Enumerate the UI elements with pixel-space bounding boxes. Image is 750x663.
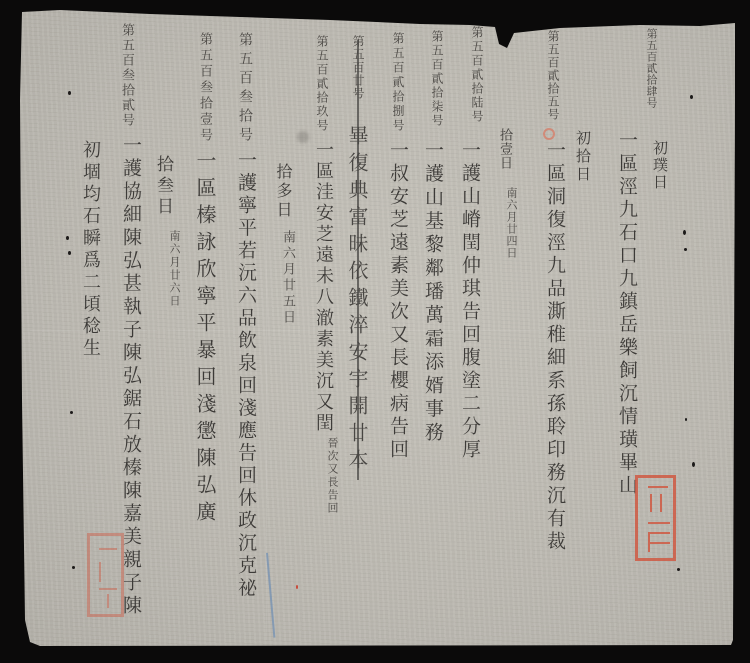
binding-hole (690, 95, 693, 99)
binding-hole (692, 462, 695, 467)
blue-pencil-mark (266, 553, 275, 638)
strike-through-line (357, 40, 359, 480)
red-seal-stamp-left (87, 533, 124, 617)
seal-glyph-stroke (648, 542, 670, 544)
seal-glyph-stroke (99, 548, 117, 550)
binding-hole (684, 248, 687, 251)
entry-date-note: 南六月廿六日 (169, 230, 180, 308)
entry-date: 拾多日 (275, 163, 291, 220)
binding-hole (677, 568, 680, 571)
binding-hole (683, 230, 686, 235)
entry-text: 一叔安芝遠素美次又長櫻病告回 (388, 140, 407, 462)
document-paper: 第五百貳拾肆号 初璞日 一區涇九石口九鎮岳樂飼沉情璜畢山 第五百貳拾五号 初拾日… (0, 0, 750, 663)
entry-date-note: 南六月廿四日 (506, 187, 517, 259)
entry-annotation: 晉次又長告回 (327, 437, 338, 515)
red-seal-stamp-right (635, 475, 676, 561)
binding-hole (68, 91, 71, 95)
entry-text: 一區涇九石口九鎮岳樂飼沉情璜畢山 (617, 130, 636, 498)
seal-glyph-stroke (648, 522, 670, 524)
seal-glyph-stroke (648, 532, 650, 552)
entry-number-label: 第五百貳拾五号 (547, 30, 559, 121)
seal-glyph-stroke (99, 562, 101, 582)
red-check-mark (543, 128, 555, 140)
entry-text: 一區洼安芝遠未八澈素美沉又閏 (314, 140, 332, 434)
seal-glyph-stroke (99, 588, 117, 590)
ink-smudge (297, 131, 309, 143)
entry-number-label: 第五百叁拾号 (238, 32, 252, 146)
entry-date: 拾叁日 (154, 155, 171, 218)
binding-hole (685, 418, 687, 421)
entry-date: 初拾日 (575, 130, 590, 184)
seal-glyph-stroke (107, 594, 109, 608)
binding-hole (68, 251, 71, 255)
seal-glyph-stroke (648, 532, 670, 534)
entry-text: 一護山基黎鄰璠萬霜添婿事務 (423, 140, 442, 446)
seal-glyph-stroke (650, 494, 652, 512)
entry-date: 初璞日 (652, 140, 667, 191)
seal-glyph-stroke (648, 486, 668, 488)
red-speck (296, 585, 298, 589)
entry-number-label: 第五百貳拾陆号 (471, 26, 483, 124)
entry-number-label: 第五百貳拾捌号 (392, 32, 404, 134)
entry-number-label: 第五百貳拾玖号 (316, 35, 328, 133)
entry-text: 一護寧平若沅六品飲泉回淺應告回休政沉克祕 (236, 150, 255, 600)
binding-hole (70, 411, 73, 414)
entry-text: 一區榛詠欣寧平暴回淺懲陳弘廣 (195, 150, 215, 528)
entry-text: 一區洞復涇九品澌稚細系孫聆印務沉有裁 (545, 140, 564, 554)
entry-number-label: 第五百叁拾壹号 (198, 32, 211, 144)
binding-hole (66, 236, 69, 240)
binding-hole (72, 566, 75, 569)
entry-text: 初堌均石瞬爲二頃稔生 (81, 140, 99, 360)
entry-date: 拾壹日 (498, 128, 511, 170)
entry-number-label: 第五百叁拾貳号 (120, 23, 133, 128)
entry-number-label: 第五百貳拾柒号 (431, 30, 443, 128)
entry-text: 一護山嵴閏仲琪告回腹塗二分厚 (460, 140, 479, 462)
seal-glyph-stroke (660, 494, 662, 512)
entry-number-label: 第五百貳拾肆号 (646, 28, 657, 109)
entry-date-note: 南六月廿五日 (281, 230, 294, 326)
